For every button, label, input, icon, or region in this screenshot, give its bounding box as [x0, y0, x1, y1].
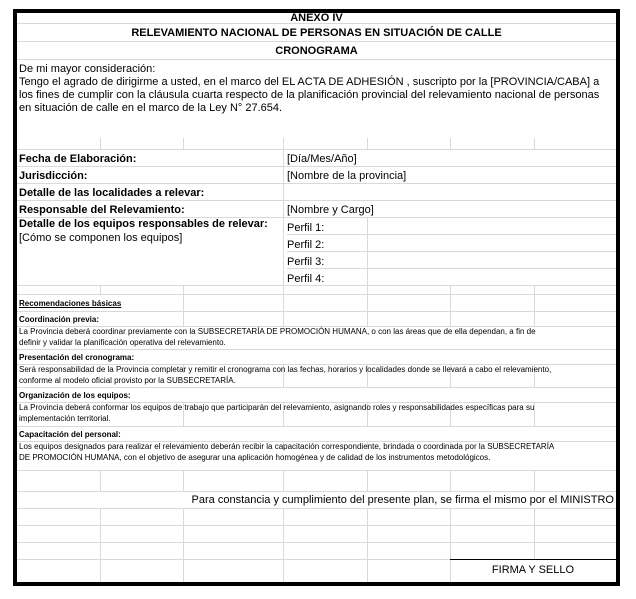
profile-3-label: Perfil 3:: [287, 257, 324, 268]
grid-line: [17, 285, 616, 286]
grid-line: [534, 508, 535, 559]
teams-sublabel: [Cómo se componen los equipos]: [19, 233, 182, 244]
field-value-responsible[interactable]: [Nombre y Cargo]: [287, 205, 374, 216]
closing-statement: Para constancia y cumplimiento del prese…: [192, 495, 614, 506]
grid-line: [100, 285, 101, 294]
grid-line: [367, 285, 368, 326]
grid-line: [17, 200, 616, 201]
grid-line: [17, 311, 616, 312]
recommendation-text: implementación territorial.: [19, 415, 111, 423]
document-title: RELEVAMIENTO NACIONAL DE PERSONAS EN SIT…: [17, 28, 616, 39]
grid-line: [17, 508, 616, 509]
field-label-responsible: Responsable del Relevamiento:: [19, 205, 185, 216]
grid-line: [17, 542, 616, 543]
grid-line: [287, 268, 616, 269]
field-value-date[interactable]: [Día/Mes/Año]: [287, 154, 357, 165]
intro-line: Tengo el agrado de dirigirme a usted, en…: [19, 77, 599, 88]
recommendation-text: definir y validar la planificación opera…: [19, 339, 226, 347]
grid-line: [283, 508, 284, 586]
profile-2-label: Perfil 2:: [287, 240, 324, 251]
grid-line: [17, 470, 616, 471]
grid-line: [17, 166, 616, 167]
grid-line: [183, 285, 184, 326]
teams-label: Detalle de los equipos responsables de r…: [19, 219, 268, 230]
grid-line: [287, 234, 616, 235]
grid-line: [367, 217, 368, 285]
grid-line: [183, 138, 184, 149]
grid-line: [17, 149, 616, 150]
grid-line: [17, 525, 616, 526]
grid-line: [17, 491, 616, 492]
recommendation-title: Coordinación previa:: [19, 316, 99, 324]
grid-line: [283, 138, 284, 149]
recommendation-title: Presentación del cronograma:: [19, 354, 134, 362]
grid-line: [534, 470, 535, 491]
grid-line: [367, 470, 368, 491]
signature-line: [450, 559, 616, 560]
field-label-jurisdiction: Jurisdicción:: [19, 171, 87, 182]
grid-line: [450, 138, 451, 149]
grid-line: [183, 508, 184, 586]
grid-line: [450, 285, 451, 326]
recommendation-text: conforme al modelo oficial provisto por …: [19, 377, 236, 385]
recommendation-text: Los equipos designados para realizar el …: [19, 443, 554, 451]
grid-line: [100, 138, 101, 149]
grid-line: [183, 470, 184, 491]
recommendation-text: DE PROMOCIÓN HUMANA, con el objetivo de …: [19, 454, 490, 462]
field-value-jurisdiction[interactable]: [Nombre de la provincia]: [287, 171, 406, 182]
grid-line: [17, 59, 616, 60]
grid-line: [367, 138, 368, 149]
grid-line: [283, 285, 284, 326]
grid-line: [283, 149, 284, 285]
recommendation-title: Capacitación del personal:: [19, 431, 121, 439]
annex-label: ANEXO IV: [17, 13, 616, 24]
grid-line: [17, 294, 616, 295]
recommendation-text: Será responsabilidad de la Provincia com…: [19, 366, 551, 374]
spreadsheet-sheet: ANEXO IV RELEVAMIENTO NACIONAL DE PERSON…: [13, 9, 620, 586]
recommendation-text: La Provincia deberá coordinar previament…: [19, 328, 536, 336]
recommendation-title: Organización de los equipos:: [19, 392, 131, 400]
profile-1-label: Perfil 1:: [287, 223, 324, 234]
grid-line: [17, 349, 616, 350]
grid-line: [283, 470, 284, 491]
grid-line: [534, 138, 535, 149]
signature-label: FIRMA Y SELLO: [450, 565, 616, 576]
grid-line: [100, 508, 101, 586]
intro-greeting: De mi mayor consideración:: [19, 64, 155, 75]
grid-line: [17, 41, 616, 42]
intro-line: los fines de cumplir con la cláusula cua…: [19, 90, 599, 101]
grid-line: [287, 251, 616, 252]
grid-line: [450, 470, 451, 491]
intro-line: en situación de calle en el marco de la …: [19, 103, 282, 114]
recommendations-heading: Recomendaciones básicas: [19, 300, 121, 308]
grid-line: [100, 470, 101, 491]
grid-line: [534, 285, 535, 326]
document-subtitle: CRONOGRAMA: [17, 46, 616, 57]
profile-4-label: Perfil 4:: [287, 274, 324, 285]
grid-line: [17, 426, 616, 427]
grid-line: [17, 183, 616, 184]
grid-line: [367, 508, 368, 586]
grid-line: [17, 387, 616, 388]
recommendation-text: La Provincia deberá conformar los equipo…: [19, 404, 534, 412]
field-label-date: Fecha de Elaboración:: [19, 154, 136, 165]
field-label-localities: Detalle de las localidades a relevar:: [19, 188, 204, 199]
